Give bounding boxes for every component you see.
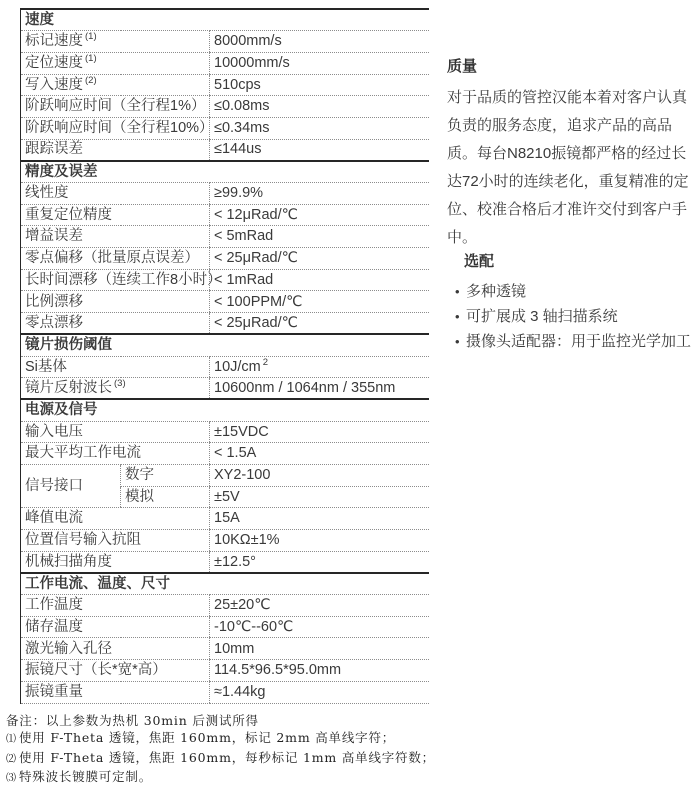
- spec-table: 速度 标记速度(1) 8000mm/s 定位速度(1) 10000mm/s 写入…: [20, 8, 428, 704]
- spec-value: 25±20℃: [210, 595, 429, 617]
- section-header: 镜片损伤阈值: [21, 334, 429, 356]
- spec-label: 写入速度(2): [21, 74, 210, 96]
- table-row: 峰值电流 15A: [21, 508, 429, 530]
- footnote: ⑵使用 F-Theta 透镜，焦距 160mm，每秒标记 1mm 高单线字符数；: [6, 749, 606, 768]
- table-row: 长时间漂移（连续工作8小时） < 1mRad: [21, 269, 429, 291]
- spec-value: 10000mm/s: [210, 52, 429, 74]
- spec-value: ±5V: [210, 486, 429, 508]
- spec-value: 10J/cm2: [210, 356, 429, 378]
- spec-label: 机械扫描角度: [21, 551, 210, 573]
- spec-value: 510cps: [210, 74, 429, 96]
- quality-title: 质量: [447, 55, 693, 76]
- section-row: 电源及信号: [21, 399, 429, 421]
- footnote-marker: (1): [85, 53, 97, 64]
- spec-label: 零点偏移（批量原点误差）: [21, 248, 210, 270]
- spec-value: < 25μRad/℃: [210, 248, 429, 270]
- table-row: 定位速度(1) 10000mm/s: [21, 52, 429, 74]
- spec-value: < 25μRad/℃: [210, 313, 429, 335]
- spec-label: 增益误差: [21, 226, 210, 248]
- bullet-icon: •: [455, 279, 466, 304]
- spec-label: 储存温度: [21, 616, 210, 638]
- section-row: 精度及误差: [21, 161, 429, 183]
- section-header: 速度: [21, 9, 429, 31]
- spec-label: 阶跃响应时间（全行程1%）: [21, 96, 210, 118]
- table-row: 重复定位精度 < 12μRad/℃: [21, 204, 429, 226]
- table-row: 机械扫描角度 ±12.5°: [21, 551, 429, 573]
- table-row: 信号接口 数字 XY2-100: [21, 464, 429, 486]
- spec-label: 定位速度(1): [21, 52, 210, 74]
- section-header: 精度及误差: [21, 161, 429, 183]
- options-section: 选配 •多种透镜 •可扩展成 3 轴扫描系统 •摄像头适配器：用于监控光学加工: [455, 250, 694, 354]
- spec-label: 峰值电流: [21, 508, 210, 530]
- option-label: 摄像头适配器：用于监控光学加工: [466, 329, 691, 354]
- table-row: 输入电压 ±15VDC: [21, 421, 429, 443]
- spec-label: 振镜重量: [21, 681, 210, 703]
- spec-sublabel: 模拟: [121, 486, 210, 508]
- notes-header: 备注：以上参数为热机 30min 后测试所得: [6, 712, 606, 729]
- footnote-marker: ⑶: [6, 773, 16, 784]
- spec-value: ≤144us: [210, 139, 429, 161]
- list-item: •可扩展成 3 轴扫描系统: [455, 304, 694, 329]
- bullet-icon: •: [455, 329, 466, 354]
- table-row: 阶跃响应时间（全行程10%） ≤0.34ms: [21, 117, 429, 139]
- spec-value: 8000mm/s: [210, 31, 429, 53]
- spec-value: 10mm: [210, 638, 429, 660]
- table-row: 线性度 ≥99.9%: [21, 183, 429, 205]
- table-row: 阶跃响应时间（全行程1%） ≤0.08ms: [21, 96, 429, 118]
- footnote: ⑴使用 F-Theta 透镜，焦距 160mm，标记 2mm 高单线字符；: [6, 729, 606, 748]
- footnote: ⑶特殊波长镀膜可定制。: [6, 768, 606, 787]
- spec-label: 阶跃响应时间（全行程10%）: [21, 117, 210, 139]
- footnote-text: 使用 F-Theta 透镜，焦距 160mm，每秒标记 1mm 高单线字符数；: [19, 750, 435, 765]
- list-item: •摄像头适配器：用于监控光学加工: [455, 329, 694, 354]
- spec-value: XY2-100: [210, 464, 429, 486]
- table-row: 标记速度(1) 8000mm/s: [21, 31, 429, 53]
- spec-label: Si基体: [21, 356, 210, 378]
- footnote-marker: ⑴: [6, 734, 16, 745]
- spec-label: 镜片反射波长(3): [21, 378, 210, 400]
- spec-label: 最大平均工作电流: [21, 443, 210, 465]
- table-row: 零点漂移 < 25μRad/℃: [21, 313, 429, 335]
- section-header: 电源及信号: [21, 399, 429, 421]
- spec-sublabel: 数字: [121, 464, 210, 486]
- spec-label: 振镜尺寸（长*宽*高）: [21, 660, 210, 682]
- options-list: •多种透镜 •可扩展成 3 轴扫描系统 •摄像头适配器：用于监控光学加工: [455, 279, 694, 354]
- quality-section: 质量 对于品质的管控汉能本着对客户认真负责的服务态度，追求产品的高品质。每台N8…: [447, 55, 693, 252]
- section-row: 工作电流、温度、尺寸: [21, 573, 429, 595]
- section-row: 镜片损伤阈值: [21, 334, 429, 356]
- spec-label: 输入电压: [21, 421, 210, 443]
- table-row: 比例漂移 < 100PPM/℃: [21, 291, 429, 313]
- footnote-text: 使用 F-Theta 透镜，焦距 160mm，标记 2mm 高单线字符；: [19, 730, 395, 745]
- table-row: 增益误差 < 5mRad: [21, 226, 429, 248]
- footnote-text: 特殊波长镀膜可定制。: [19, 769, 152, 784]
- spec-value: ≤0.34ms: [210, 117, 429, 139]
- notes-section: 备注：以上参数为热机 30min 后测试所得 ⑴使用 F-Theta 透镜，焦距…: [6, 712, 606, 788]
- table-row: 位置信号输入抗阻 10KΩ±1%: [21, 530, 429, 552]
- spec-value: 15A: [210, 508, 429, 530]
- footnote-marker: ⑵: [6, 754, 16, 765]
- footnote-marker: (2): [85, 75, 97, 86]
- spec-value: ≥99.9%: [210, 183, 429, 205]
- spec-value: ≈1.44kg: [210, 681, 429, 703]
- spec-label: 零点漂移: [21, 313, 210, 335]
- table-row: Si基体 10J/cm2: [21, 356, 429, 378]
- section-row: 速度: [21, 9, 429, 31]
- table-row: 最大平均工作电流 < 1.5A: [21, 443, 429, 465]
- spec-value: ±12.5°: [210, 551, 429, 573]
- bullet-icon: •: [455, 304, 466, 329]
- spec-value: 10KΩ±1%: [210, 530, 429, 552]
- footnote-marker: (3): [114, 378, 126, 389]
- spec-value: ±15VDC: [210, 421, 429, 443]
- spec-value: < 1mRad: [210, 269, 429, 291]
- spec-label: 激光输入孔径: [21, 638, 210, 660]
- table-row: 振镜重量 ≈1.44kg: [21, 681, 429, 703]
- table-row: 工作温度 25±20℃: [21, 595, 429, 617]
- spec-value: < 100PPM/℃: [210, 291, 429, 313]
- spec-label: 线性度: [21, 183, 210, 205]
- spec-label: 位置信号输入抗阻: [21, 530, 210, 552]
- table-row: 激光输入孔径 10mm: [21, 638, 429, 660]
- table-row: 跟踪误差 ≤144us: [21, 139, 429, 161]
- spec-label: 标记速度(1): [21, 31, 210, 53]
- superscript: 2: [263, 357, 268, 368]
- spec-value: -10℃--60℃: [210, 616, 429, 638]
- list-item: •多种透镜: [455, 279, 694, 304]
- spec-label: 跟踪误差: [21, 139, 210, 161]
- table-row: 振镜尺寸（长*宽*高） 114.5*96.5*95.0mm: [21, 660, 429, 682]
- spec-value: 114.5*96.5*95.0mm: [210, 660, 429, 682]
- spec-value: 10600nm / 1064nm / 355nm: [210, 378, 429, 400]
- spec-label: 工作温度: [21, 595, 210, 617]
- option-label: 多种透镜: [466, 279, 526, 304]
- table-row: 储存温度 -10℃--60℃: [21, 616, 429, 638]
- spec-value: ≤0.08ms: [210, 96, 429, 118]
- options-title: 选配: [464, 250, 694, 271]
- footnote-marker: (1): [85, 31, 97, 42]
- spec-label: 比例漂移: [21, 291, 210, 313]
- spec-label: 信号接口: [21, 464, 121, 507]
- spec-label: 长时间漂移（连续工作8小时）: [21, 269, 210, 291]
- table-row: 零点偏移（批量原点误差） < 25μRad/℃: [21, 248, 429, 270]
- option-label: 可扩展成 3 轴扫描系统: [466, 304, 618, 329]
- section-header: 工作电流、温度、尺寸: [21, 573, 429, 595]
- quality-text: 对于品质的管控汉能本着对客户认真负责的服务态度，追求产品的高品质。每台N8210…: [447, 84, 693, 252]
- spec-value: < 5mRad: [210, 226, 429, 248]
- table-row: 镜片反射波长(3) 10600nm / 1064nm / 355nm: [21, 378, 429, 400]
- spec-label: 重复定位精度: [21, 204, 210, 226]
- spec-value: < 1.5A: [210, 443, 429, 465]
- table-row: 写入速度(2) 510cps: [21, 74, 429, 96]
- spec-value: < 12μRad/℃: [210, 204, 429, 226]
